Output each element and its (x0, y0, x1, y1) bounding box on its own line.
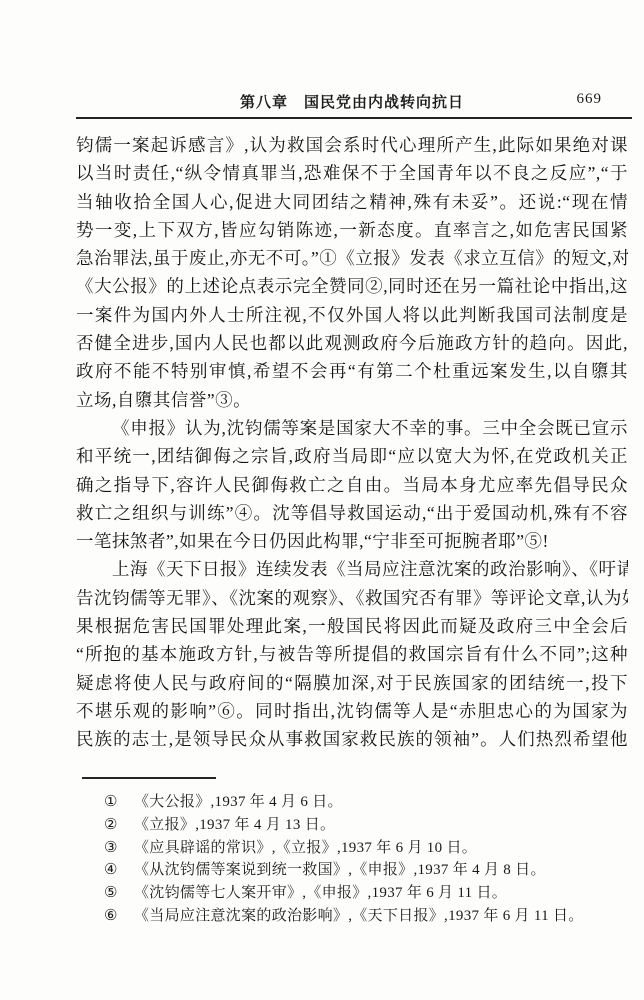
text-line: 否健全进步,国内人民也都以此观测政府今后施政方针的趋向。因此, (76, 329, 628, 357)
text-line: 和平统一,团结御侮之宗旨,政府当局即“应以宽大为怀,在党政机关正 (76, 442, 628, 470)
footnote-text: 《从沈钧儒等案说到统一救国》,《申报》,1937 年 4 月 8 日。 (134, 859, 604, 882)
footnote-marker: ② (104, 814, 134, 837)
footnote-marker: ① (104, 791, 134, 814)
text-line: 民族的志士,是领导民众从事救国家救民族的领袖”。人们热烈希望他 (76, 725, 628, 753)
book-page: 第八章 国民党由内战转向抗日 669 钧儒一案起诉感言》,认为救国会系时代心理所… (0, 0, 644, 1000)
text-line: 果根据危害民国罪处理此案,一般国民将因此而疑及政府三中全会后 (76, 612, 628, 640)
footnotes: ① 《大公报》,1937 年 4 月 6 日。 ② 《立报》,1937 年 4 … (104, 791, 604, 928)
text-line: 《申报》认为,沈钧儒等案是国家大不幸的事。三中全会既已宣示 (76, 414, 628, 442)
text-line: 政府不能不特别审慎,希望不会再“有第二个杜重远案发生,以自隳其 (76, 357, 628, 385)
footnote-text: 《大公报》,1937 年 4 月 6 日。 (134, 791, 604, 814)
footnote-separator (82, 777, 216, 779)
text-line: 告沈钧儒等无罪》、《沈案的观察》、《救国究否有罪》等评论文章,认为如 (76, 584, 628, 612)
footnote-item: ③ 《应具辟谣的常识》,《立报》,1937 年 6 月 10 日。 (104, 837, 604, 860)
header-rule (76, 117, 632, 119)
running-header: 第八章 国民党由内战转向抗日 669 (76, 91, 628, 111)
text-line: 当轴收拾全国人心,促进大同团结之精神,殊有未妥”。还说:“现在情 (76, 188, 628, 216)
page-number: 669 (577, 91, 603, 108)
text-line: 疑虑将使人民与政府间的“隔膜加深,对于民族国家的团结统一,投下 (76, 669, 628, 697)
footnote-item: ① 《大公报》,1937 年 4 月 6 日。 (104, 791, 604, 814)
footnote-text: 《立报》,1937 年 4 月 13 日。 (134, 814, 604, 837)
footnote-marker: ③ (104, 837, 134, 860)
text-line: 不堪乐观的影响”⑥。同时指出,沈钧儒等人是“赤胆忠心的为国家为 (76, 697, 628, 725)
footnote-text: 《应具辟谣的常识》,《立报》,1937 年 6 月 10 日。 (134, 837, 604, 860)
footnote-marker: ⑥ (104, 905, 134, 928)
text-line: 立场,自隳其信誉”③。 (76, 386, 628, 414)
text-line: 《大公报》的上述论点表示完全赞同②,同时还在另一篇社论中指出,这 (76, 272, 628, 300)
text-line: 以当时责任,“纵令情真罪当,恐难保不于全国青年以不良之反应”,“于 (76, 159, 628, 187)
text-line: 钧儒一案起诉感言》,认为救国会系时代心理所产生,此际如果绝对课 (76, 131, 628, 159)
text-line: 势一变,上下双方,皆应勾销陈迹,一新态度。直率言之,如危害民国紧 (76, 216, 628, 244)
footnote-item: ② 《立报》,1937 年 4 月 13 日。 (104, 814, 604, 837)
footnote-marker: ⑤ (104, 882, 134, 905)
text-line: 一笔抹煞者”,如果在今日仍因此构罪,“宁非至可扼腕者耶”⑤! (76, 527, 628, 555)
text-line: 确之指导下,容许人民御侮救亡之自由。当局本身尤应率先倡导民众 (76, 471, 628, 499)
footnote-text: 《沈钧儒等七人案开审》,《申报》,1937 年 6 月 11 日。 (134, 882, 604, 905)
body-text: 钧儒一案起诉感言》,认为救国会系时代心理所产生,此际如果绝对课 以当时责任,“纵… (76, 131, 628, 754)
text-line: 上海《天下日报》连续发表《当局应注意沈案的政治影响》、《吁请宣 (76, 555, 628, 583)
footnote-item: ⑥ 《当局应注意沈案的政治影响》,《天下日报》,1937 年 6 月 11 日。 (104, 905, 604, 928)
text-line: 救亡之组织与训练”④。沈等倡导救国运动,“出于爱国动机,殊有不容 (76, 499, 628, 527)
footnote-marker: ④ (104, 859, 134, 882)
footnote-text: 《当局应注意沈案的政治影响》,《天下日报》,1937 年 6 月 11 日。 (134, 905, 604, 928)
chapter-title: 第八章 国民党由内战转向抗日 (76, 91, 628, 112)
footnote-item: ⑤ 《沈钧儒等七人案开审》,《申报》,1937 年 6 月 11 日。 (104, 882, 604, 905)
footnote-item: ④ 《从沈钧儒等案说到统一救国》,《申报》,1937 年 4 月 8 日。 (104, 859, 604, 882)
text-line: “所抱的基本施政方针,与被告等所提倡的救国宗旨有什么不同”;这种 (76, 640, 628, 668)
text-line: 一案件为国内外人士所注视,不仅外国人将以此判断我国司法制度是 (76, 301, 628, 329)
text-line: 急治罪法,虽于废止,亦无不可。”①《立报》发表《求立互信》的短文,对 (76, 244, 628, 272)
